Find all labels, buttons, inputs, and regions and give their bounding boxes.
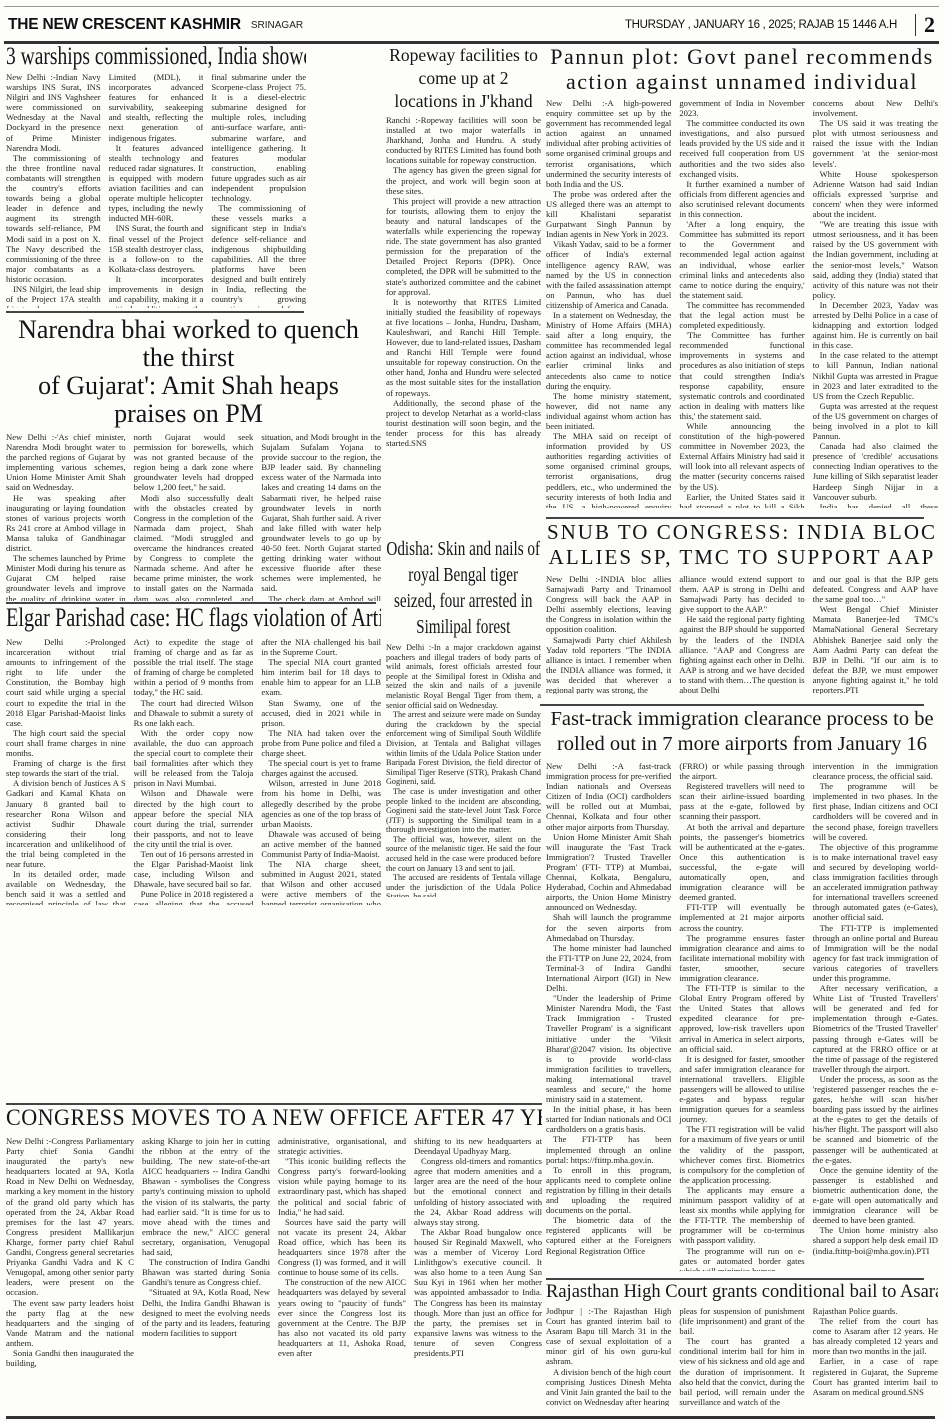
- paragraph: "Under the leadership of Prime Minister …: [546, 993, 671, 1104]
- paragraph: New Delhi :-'As chief minister, Narendra…: [6, 432, 126, 493]
- paragraph: Wilson and Dhawale were directed by the …: [134, 788, 254, 849]
- headline-odisha: Odisha: Skin and nails of royal Bengal t…: [386, 537, 540, 641]
- column: alliance would extend support to them. A…: [679, 574, 804, 694]
- section-rule: [6, 311, 304, 313]
- paragraph: Under the process, as soon as the 'regis…: [813, 1074, 938, 1165]
- paragraph: The committee conducted its own investig…: [679, 118, 804, 179]
- paragraph: The agency has given the green signal fo…: [386, 165, 541, 195]
- paragraph: Additionally, the second phase of the pr…: [386, 398, 541, 448]
- article-elgar: Elgar Parishad case: HC flags violation …: [6, 604, 381, 909]
- paragraph: The home minister had launched the FTI-T…: [546, 943, 671, 993]
- paragraph: The relief from the court has come to As…: [813, 1316, 938, 1356]
- paragraph: Rajasthan Police guards.: [813, 1306, 938, 1316]
- paragraph: (FRRO) or while passing through the airp…: [679, 761, 804, 781]
- paragraph: concerns about New Delhi's involvement.: [813, 98, 938, 118]
- paragraph: The programme ensures faster immigration…: [679, 933, 804, 983]
- paragraph: It features advanced stealth technology …: [109, 143, 204, 224]
- paragraph: 'After a long enquiry, the Committee has…: [679, 219, 804, 300]
- top-rule: [4, 6, 939, 7]
- paragraph: This project will provide a new attracti…: [386, 196, 541, 297]
- paragraph: West Bengal Chief Minister Mamata Banerj…: [813, 604, 938, 694]
- headline-snub: SNUB TO CONGRESS: INDIA BLOC ALLIES SP, …: [546, 520, 938, 570]
- paragraph: The court has granted a conditional inte…: [679, 1336, 804, 1406]
- article-body: New Delhi :-In a major crackdown against…: [386, 643, 541, 897]
- paragraph: Vikash Yadav, said to be a former office…: [546, 239, 671, 310]
- paragraph: The arrest and seizure were made on Sund…: [386, 710, 541, 787]
- paragraph: Canada had also claimed the presence of …: [813, 441, 938, 502]
- paragraph: Framing of charge is the first step towa…: [6, 758, 126, 778]
- paragraph: intervention in the immigration clearanc…: [813, 761, 938, 781]
- article-congress: CONGRESS MOVES TO A NEW OFFICE AFTER 47 …: [6, 1106, 542, 1416]
- paragraph: pleas for suspension of punishment (life…: [679, 1306, 804, 1336]
- column: New Delhi :-A high-powered enquiry commi…: [546, 98, 671, 508]
- paragraph: The programme will run on e-gates or aut…: [679, 1246, 804, 1272]
- column: (FRRO) or while passing through the airp…: [679, 761, 804, 1271]
- column: after the NIA challenged his bail in the…: [261, 637, 381, 905]
- paragraph: The special court is yet to frame charge…: [261, 758, 381, 778]
- paragraph: Limited (MDL), it incorporates advanced …: [109, 72, 204, 143]
- paragraph: The commissioning of these vessels marks…: [211, 203, 306, 308]
- article-body: New Delhi :-Indian Navy warships INS Sur…: [6, 72, 306, 308]
- paragraph: The official was, however, silent on the…: [386, 835, 541, 873]
- column: New Delhi :-Indian Navy warships INS Sur…: [6, 72, 101, 308]
- headline-ropeway: Ropeway facilities to come up at 2 locat…: [386, 44, 541, 113]
- column: New Delhi :-Congress Parliamentary Party…: [6, 1136, 134, 1411]
- article-body: Ranchi :-Ropeway facilities will soon be…: [386, 115, 541, 525]
- paragraph: A division bench of the high court compr…: [546, 1367, 671, 1406]
- article-odisha: Odisha: Skin and nails of royal Bengal t…: [386, 537, 541, 897]
- paragraph: In a statement on Wednesday, the Ministr…: [546, 310, 671, 391]
- paragraph: after the NIA challenged his bail in the…: [261, 637, 381, 657]
- paragraph: Congress old-timers and romantics agree …: [414, 1156, 542, 1227]
- paragraph: The check dam at Ambod will bring about …: [261, 594, 381, 602]
- paragraph: The NIA charge sheet, submitted in Augus…: [261, 859, 381, 905]
- column: New Delhi :-'As chief minister, Narendra…: [6, 432, 126, 601]
- article-body: New Delhi :-A fast-track immigration pro…: [546, 761, 938, 1271]
- paragraph: The accused are residents of Tentala vil…: [386, 873, 541, 897]
- paragraph: 'The Committee has further recommended f…: [679, 330, 804, 421]
- column: New Delhi :-A fast-track immigration pro…: [546, 761, 671, 1271]
- paragraph: The programme will be implemented in two…: [813, 781, 938, 842]
- paragraph: Act) to expedite the stage of framing of…: [134, 637, 254, 698]
- masthead-divider: [915, 14, 916, 36]
- paragraph: shifting to its new headquarters at Deen…: [414, 1136, 542, 1156]
- column: final submarine under the Scorpene-class…: [211, 72, 306, 308]
- paragraph: The MHA said on receipt of information p…: [546, 431, 671, 508]
- paragraph: Earlier, in a case of rape registered in…: [813, 1356, 938, 1396]
- headline-elgar: Elgar Parishad case: HC flags violation …: [6, 604, 380, 634]
- paragraph: While announcing the constitution of the…: [679, 421, 804, 492]
- paragraph: Gupta was arrested at the request of the…: [813, 401, 938, 441]
- paragraph: New Delhi :-Prolonged incarceration with…: [6, 637, 126, 728]
- column: Act) to expedite the stage of framing of…: [134, 637, 254, 905]
- paragraph: He said the regional party fighting agai…: [679, 614, 804, 694]
- paragraph: India has denied all these claims.PTI: [813, 502, 938, 508]
- column: shifting to its new headquarters at Deen…: [414, 1136, 542, 1411]
- paragraph: asking Kharge to join her in cutting the…: [142, 1136, 270, 1257]
- paragraph: The court had directed Wilson and Dhawal…: [134, 698, 254, 728]
- headline-line: of Gujarat': Amit Shah heaps praises on …: [6, 372, 371, 428]
- paragraph: Union Home Minister Amit Shah will inaug…: [546, 832, 671, 913]
- column: administrative, organisational, and stra…: [278, 1136, 406, 1411]
- paragraph: administrative, organisational, and stra…: [278, 1136, 406, 1156]
- section-rule: [546, 1278, 924, 1280]
- paragraph: It is designed for faster, smoother and …: [679, 1054, 804, 1125]
- section-rule: [540, 704, 924, 706]
- column: New Delhi :-In a major crackdown against…: [386, 643, 541, 897]
- issue-date: THURSDAY , JANUARY 16 , 2025; RAJAB 15 1…: [625, 19, 897, 31]
- column: asking Kharge to join her in cutting the…: [142, 1136, 270, 1411]
- paragraph: Samajwadi Party chief Akhilesh Yadav tol…: [546, 635, 671, 694]
- article-body: New Delhi :-'As chief minister, Narendra…: [6, 432, 381, 601]
- article-body: New Delhi :-INDIA bloc allies Samajwadi …: [546, 574, 938, 694]
- article-body: Jodhpur | :-The Rajasthan High Court has…: [546, 1306, 938, 1406]
- article-body: New Delhi :-Prolonged incarceration with…: [6, 637, 381, 905]
- paragraph: The probe was ordered after the US alleg…: [546, 189, 671, 239]
- headline-line: Narendra bhai worked to quench the thirs…: [6, 316, 371, 372]
- column: Limited (MDL), it incorporates advanced …: [109, 72, 204, 308]
- headline-gujarat: Narendra bhai worked to quench the thirs…: [6, 316, 371, 428]
- bottom-rule: [6, 1416, 935, 1419]
- paragraph: "Situated at 9A, Kotla Road, New Delhi, …: [142, 1287, 270, 1337]
- paragraph: The event saw party leaders hoist the pa…: [6, 1298, 134, 1348]
- paragraph: It is noteworthy that RITES Limited init…: [386, 297, 541, 398]
- paragraph: Wilson, arrested in June 2018 from his h…: [261, 778, 381, 828]
- paragraph: New Delhi :-A high-powered enquiry commi…: [546, 98, 671, 189]
- paragraph: The NIA had taken over the probe from Pu…: [261, 728, 381, 758]
- column: and our goal is that the BJP gets defeat…: [813, 574, 938, 694]
- column: concerns about New Delhi's involvement.T…: [813, 98, 938, 508]
- column: pleas for suspension of punishment (life…: [679, 1306, 804, 1406]
- paragraph: White House spokesperson Adrienne Watson…: [813, 169, 938, 219]
- column: government of India in November 2023.The…: [679, 98, 804, 508]
- paragraph: With the order copy now available, the d…: [134, 728, 254, 789]
- paragraph: government of India in November 2023.: [679, 98, 804, 118]
- paragraph: New Delhi :-A fast-track immigration pro…: [546, 761, 671, 832]
- paragraph: north Gujarat would seek permission for …: [134, 432, 254, 493]
- column: Rajasthan Police guards.The relief from …: [813, 1306, 938, 1406]
- paragraph: Earlier, the United States said it had s…: [679, 492, 804, 508]
- paragraph: It incorporates improvements in design a…: [109, 274, 204, 308]
- paragraph: Sources have said the party will not vac…: [278, 1217, 406, 1278]
- paragraph: Once the genuine identity of the passeng…: [813, 1165, 938, 1226]
- column: New Delhi :-INDIA bloc allies Samajwadi …: [546, 574, 671, 694]
- column: Ranchi :-Ropeway facilities will soon be…: [386, 115, 541, 525]
- paragraph: He was speaking after inaugurating or la…: [6, 493, 126, 554]
- column: north Gujarat would seek permission for …: [134, 432, 254, 601]
- section-rule: [546, 517, 924, 519]
- paragraph: In the initial phase, it has been starte…: [546, 1104, 671, 1134]
- headline-warships: 3 warships commissioned, India showcases…: [6, 44, 306, 70]
- page-number: 2: [924, 12, 935, 38]
- paragraph: New Delhi :-Congress Parliamentary Party…: [6, 1136, 134, 1298]
- paragraph: A division bench of Justices A S Gadkari…: [6, 778, 126, 869]
- article-fasttrack: Fast-track immigration clearance process…: [546, 707, 938, 1275]
- headline-pannun: Pannun plot: Govt panel recommends actio…: [546, 44, 938, 94]
- paragraph: final submarine under the Scorpene-class…: [211, 72, 306, 203]
- paragraph: FTI-TTP will eventually be implemented a…: [679, 902, 804, 932]
- headline-fasttrack: Fast-track immigration clearance process…: [546, 707, 938, 757]
- paragraph: The objective of this programme is to ma…: [813, 842, 938, 923]
- paragraph: INS Nilgiri, the lead ship of the Projec…: [6, 284, 101, 308]
- paragraph: The biometric data of the registered app…: [546, 1215, 671, 1255]
- paragraph: The home ministry statement, however, di…: [546, 391, 671, 431]
- article-warships: 3 warships commissioned, India showcases…: [6, 44, 306, 309]
- headline-congress: CONGRESS MOVES TO A NEW OFFICE AFTER 47 …: [6, 1106, 521, 1133]
- paragraph: The construction of Indira Gandhi Bhawan…: [142, 1257, 270, 1287]
- article-ropeway: Ropeway facilities to come up at 2 locat…: [386, 44, 541, 534]
- paragraph: After necessary verification, a White Li…: [813, 983, 938, 1074]
- paragraph: The US said it was treating the plot wit…: [813, 118, 938, 168]
- paragraph: New Delhi :-Indian Navy warships INS Sur…: [6, 72, 101, 153]
- paragraph: Dhawale was accused of being an active m…: [261, 829, 381, 859]
- paragraph: The high court said the special court sh…: [6, 728, 126, 758]
- paragraph: New Delhi :-INDIA bloc allies Samajwadi …: [546, 574, 671, 635]
- column: Jodhpur | :-The Rajasthan High Court has…: [546, 1306, 671, 1406]
- paragraph: Jodhpur | :-The Rajasthan High Court has…: [546, 1306, 671, 1367]
- article-gujarat: Narendra bhai worked to quench the thirs…: [6, 316, 381, 601]
- newspaper-city: SRINAGAR: [251, 20, 303, 31]
- newspaper-name: THE NEW CRESCENT KASHMIR: [8, 16, 241, 34]
- paragraph: To enroll in this program, applicants ne…: [546, 1165, 671, 1215]
- paragraph: INS Surat, the fourth and final vessel o…: [109, 223, 204, 273]
- article-asaram: Rajasthan High Court grants conditional …: [546, 1281, 938, 1416]
- paragraph: "This iconic building reflects the Congr…: [278, 1156, 406, 1217]
- paragraph: The FTI-TTP is implemented through an on…: [813, 923, 938, 984]
- article-body: New Delhi :-Congress Parliamentary Party…: [6, 1136, 542, 1411]
- paragraph: In its detailed order, made available on…: [6, 869, 126, 905]
- paragraph: The committee has recommended that the l…: [679, 300, 804, 330]
- article-snub: SNUB TO CONGRESS: INDIA BLOC ALLIES SP, …: [546, 520, 938, 705]
- paragraph: The case is under investigation and othe…: [386, 787, 541, 835]
- paragraph: alliance would extend support to them. A…: [679, 574, 804, 614]
- paragraph: The special NIA court granted him interi…: [261, 657, 381, 697]
- paragraph: Registered travellers will need to scan …: [679, 781, 804, 821]
- paragraph: situation, and Modi brought in the Sujal…: [261, 432, 381, 594]
- paragraph: Ranchi :-Ropeway facilities will soon be…: [386, 115, 541, 165]
- paragraph: Sonia Gandhi then inaugurated the buildi…: [6, 1348, 134, 1368]
- article-pannun: Pannun plot: Govt panel recommends actio…: [546, 44, 938, 514]
- headline-asaram: Rajasthan High Court grants conditional …: [546, 1281, 938, 1303]
- paragraph: The Union home ministry also shared a su…: [813, 1225, 938, 1255]
- paragraph: New Delhi :-In a major crackdown against…: [386, 643, 541, 710]
- paragraph: The FTI-TTP has been implemented through…: [546, 1134, 671, 1164]
- paragraph: Pune Police in 2018 registered a case al…: [134, 889, 254, 905]
- paragraph: The schemes launched by Prime Minister M…: [6, 553, 126, 601]
- paragraph: The FTI registration will be valid for a…: [679, 1124, 804, 1185]
- masthead: THE NEW CRESCENT KASHMIR SRINAGAR THURSD…: [8, 10, 935, 40]
- paragraph: The applicants may ensure a minimum pass…: [679, 1185, 804, 1246]
- paragraph: In the case related to the attempt to ki…: [813, 350, 938, 400]
- column: New Delhi :-Prolonged incarceration with…: [6, 637, 126, 905]
- column: intervention in the immigration clearanc…: [813, 761, 938, 1271]
- paragraph: At both the arrival and departure points…: [679, 822, 804, 903]
- paragraph: The Akbar Road bungalow once housed Sir …: [414, 1227, 542, 1358]
- column: situation, and Modi brought in the Sujal…: [261, 432, 381, 601]
- article-body: New Delhi :-A high-powered enquiry commi…: [546, 98, 938, 508]
- paragraph: In December 2023, Yadav was arrested by …: [813, 300, 938, 350]
- paragraph: "We are treating this issue with utmost …: [813, 219, 938, 300]
- paragraph: and our goal is that the BJP gets defeat…: [813, 574, 938, 604]
- paragraph: Modi also successfully dealt with the ob…: [134, 493, 254, 601]
- paragraph: The construction of the new AICC headqua…: [278, 1277, 406, 1358]
- paragraph: Stan Swamy, one of the accused, died in …: [261, 698, 381, 728]
- paragraph: Ten out of 16 persons arrested in the El…: [134, 849, 254, 889]
- paragraph: Shah will launch the programme for the s…: [546, 912, 671, 942]
- paragraph: The commissioning of the three frontline…: [6, 153, 101, 284]
- paragraph: The FTI-TTP is similar to the Global Ent…: [679, 983, 804, 1054]
- section-rule: [6, 1103, 542, 1105]
- paragraph: It further examined a number of official…: [679, 179, 804, 219]
